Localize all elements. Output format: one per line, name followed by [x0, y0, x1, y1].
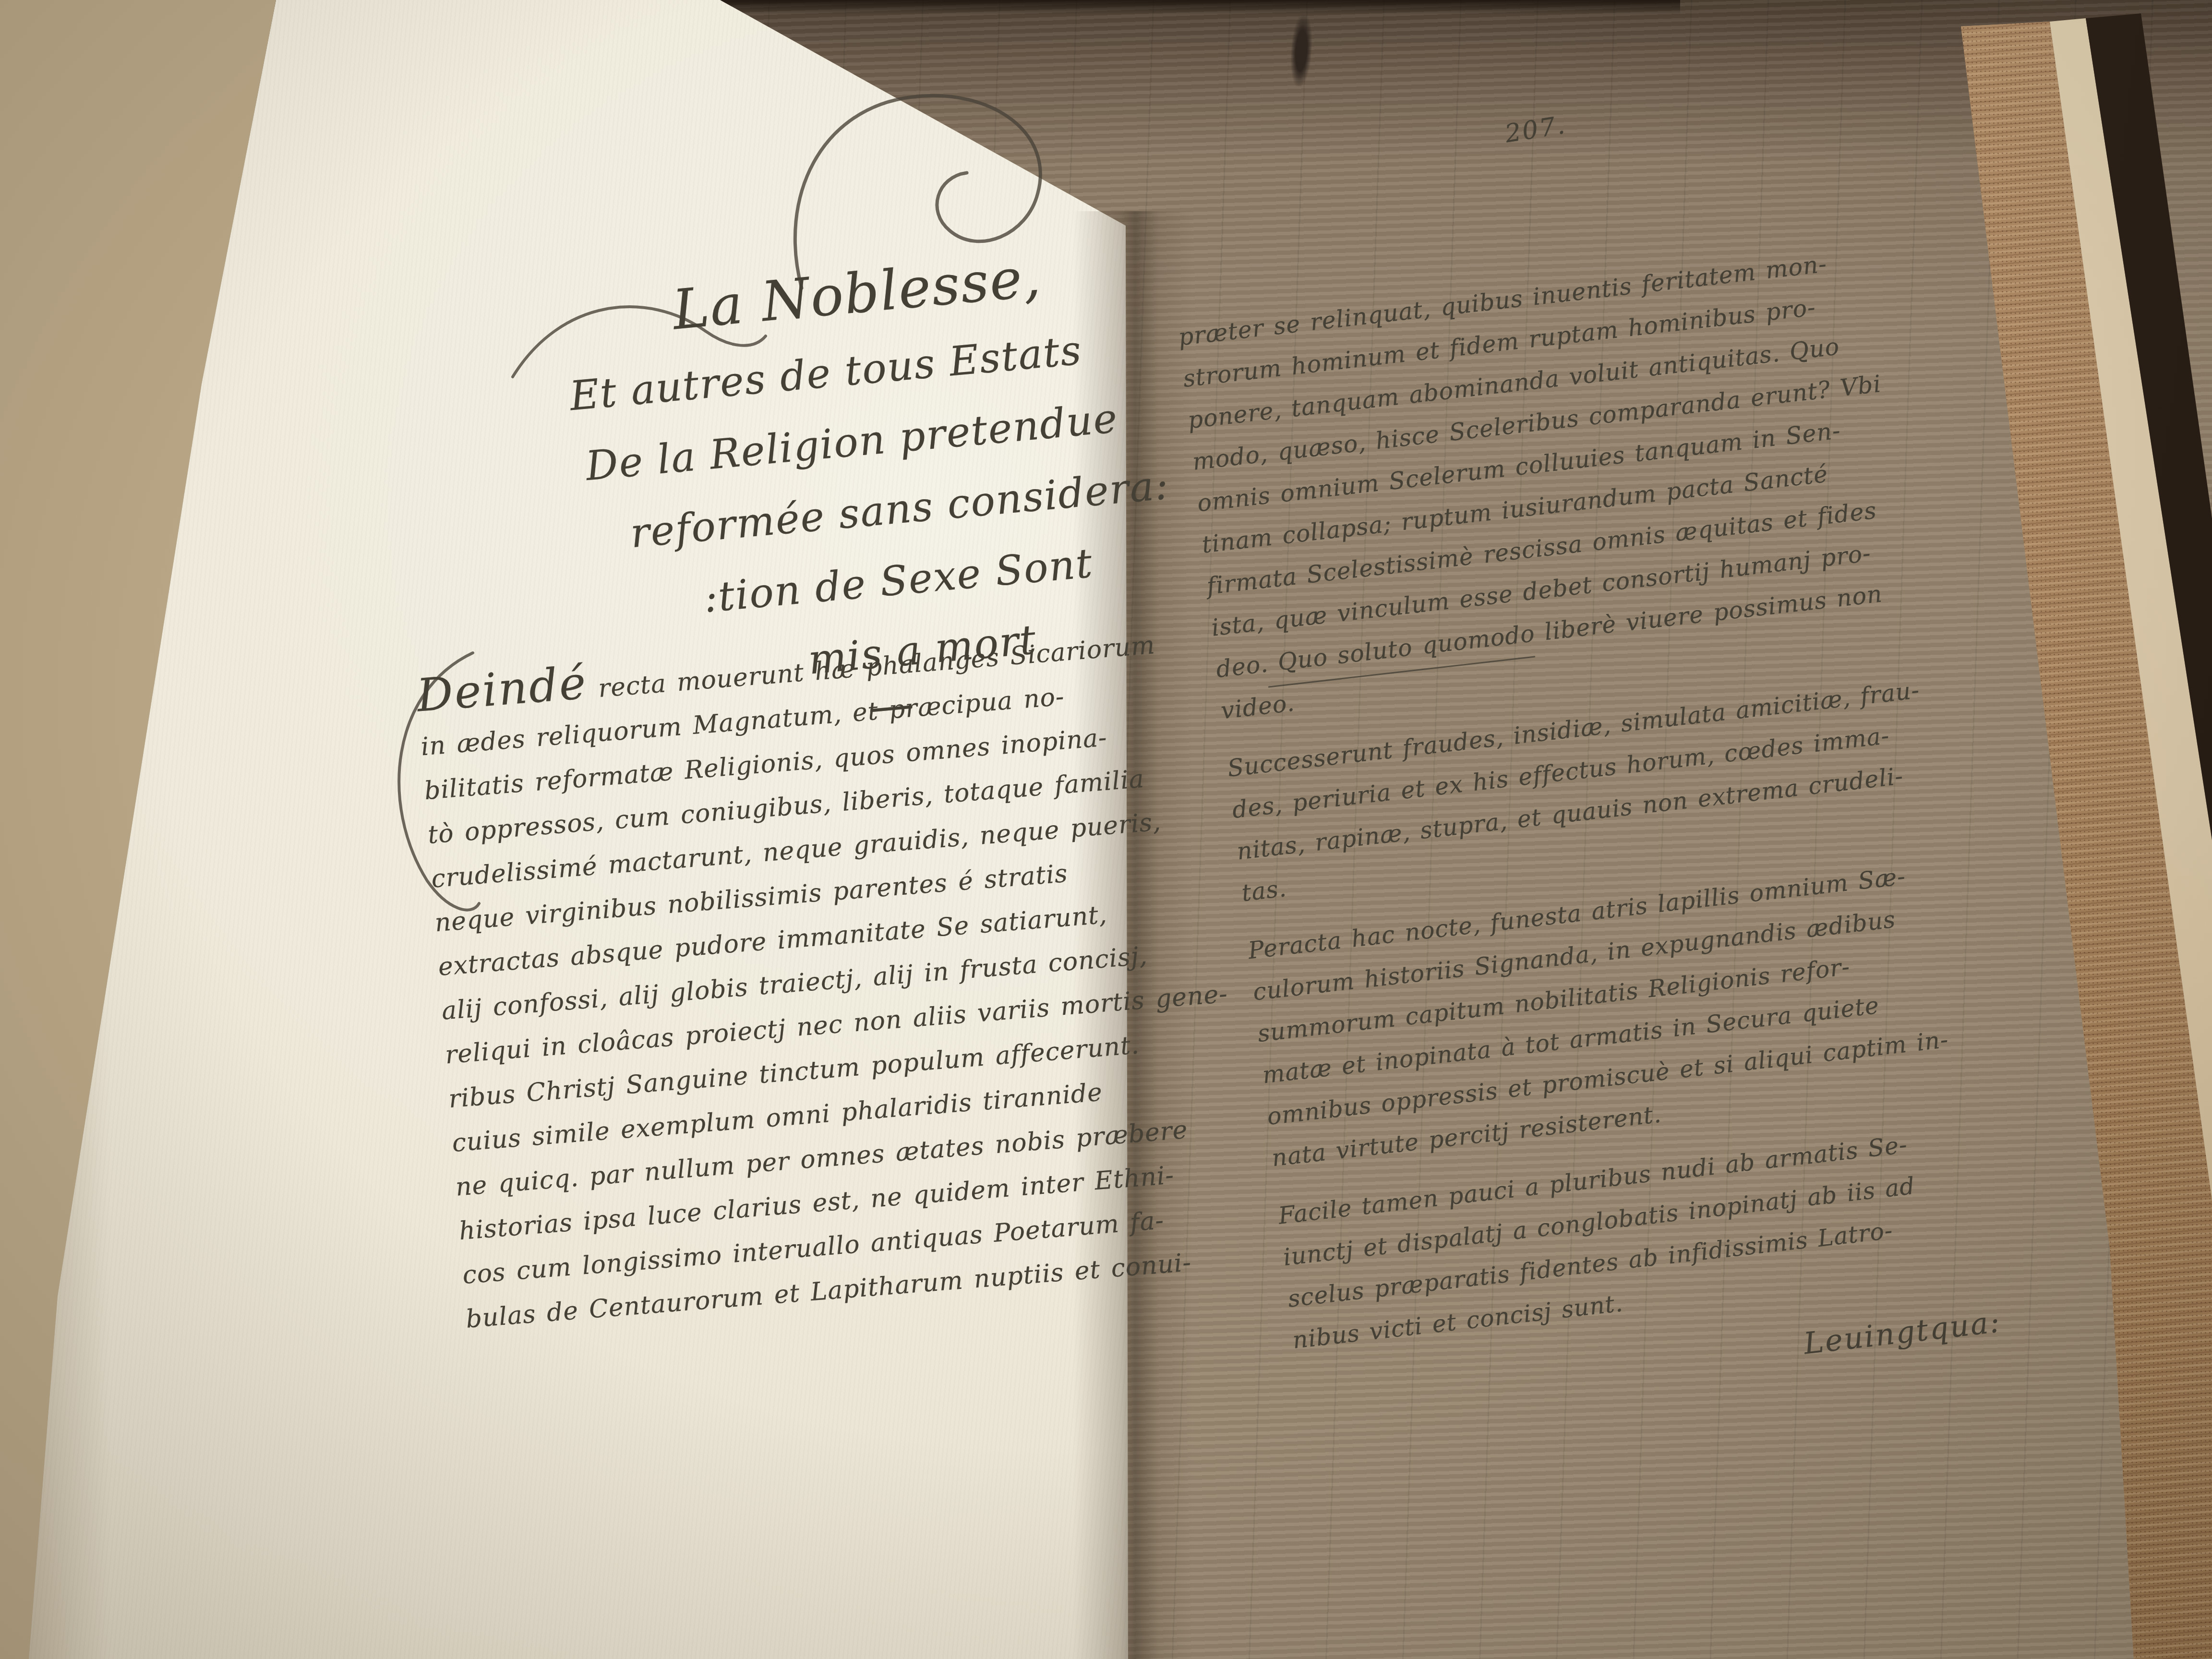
paragraph: præter se relinquat, quibus inuentis fer… [1176, 229, 1996, 732]
wood-knot [1289, 14, 1314, 87]
right-page-text-block: præter se relinquat, quibus inuentis fer… [1176, 229, 2075, 1422]
photo-of-open-manuscript: { "page_number": "207.", "left_page": { … [0, 0, 2212, 1659]
left-page-text-block: Deindé recta mouerunt hæ phalanges Sicar… [415, 616, 1214, 1342]
